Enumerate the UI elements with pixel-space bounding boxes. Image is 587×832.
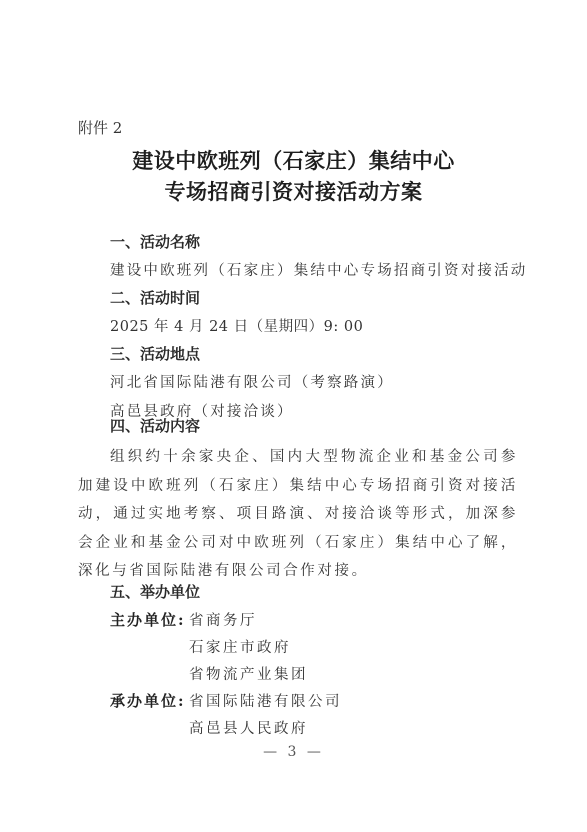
section-heading-1: 一、活动名称: [110, 231, 200, 252]
undertaker-label: 承办单位:: [110, 690, 186, 711]
activity-name: 建设中欧班列（石家庄）集结中心专场招商引资对接活动: [110, 259, 528, 280]
section-heading-2: 二、活动时间: [110, 287, 200, 308]
page-number: — 3 —: [0, 744, 587, 760]
title-line-1: 建设中欧班列（石家庄）集结中心: [0, 145, 587, 175]
activity-content-paragraph: 组织约十余家央企、国内大型物流企业和基金公司参加建设中欧班列（石家庄）集结中心专…: [78, 443, 518, 586]
attachment-label: 附件 2: [78, 117, 122, 138]
host-label: 主办单位:: [110, 609, 186, 630]
section-heading-5: 五、举办单位: [110, 581, 200, 602]
section-heading-4: 四、活动内容: [110, 415, 200, 436]
host-org-1: 省商务厅: [189, 609, 257, 630]
section-heading-3: 三、活动地点: [110, 343, 200, 364]
activity-time: 2025 年 4 月 24 日（星期四）9: 00: [110, 315, 363, 336]
undertaker-org-2: 高邑县人民政府: [189, 717, 308, 738]
title-line-2: 专场招商引资对接活动方案: [0, 176, 587, 206]
undertaker-org-1: 省国际陆港有限公司: [189, 690, 342, 711]
host-org-3: 省物流产业集团: [189, 663, 308, 684]
location-1: 河北省国际陆港有限公司（考察路演）: [110, 371, 394, 392]
host-org-2: 石家庄市政府: [189, 636, 291, 657]
